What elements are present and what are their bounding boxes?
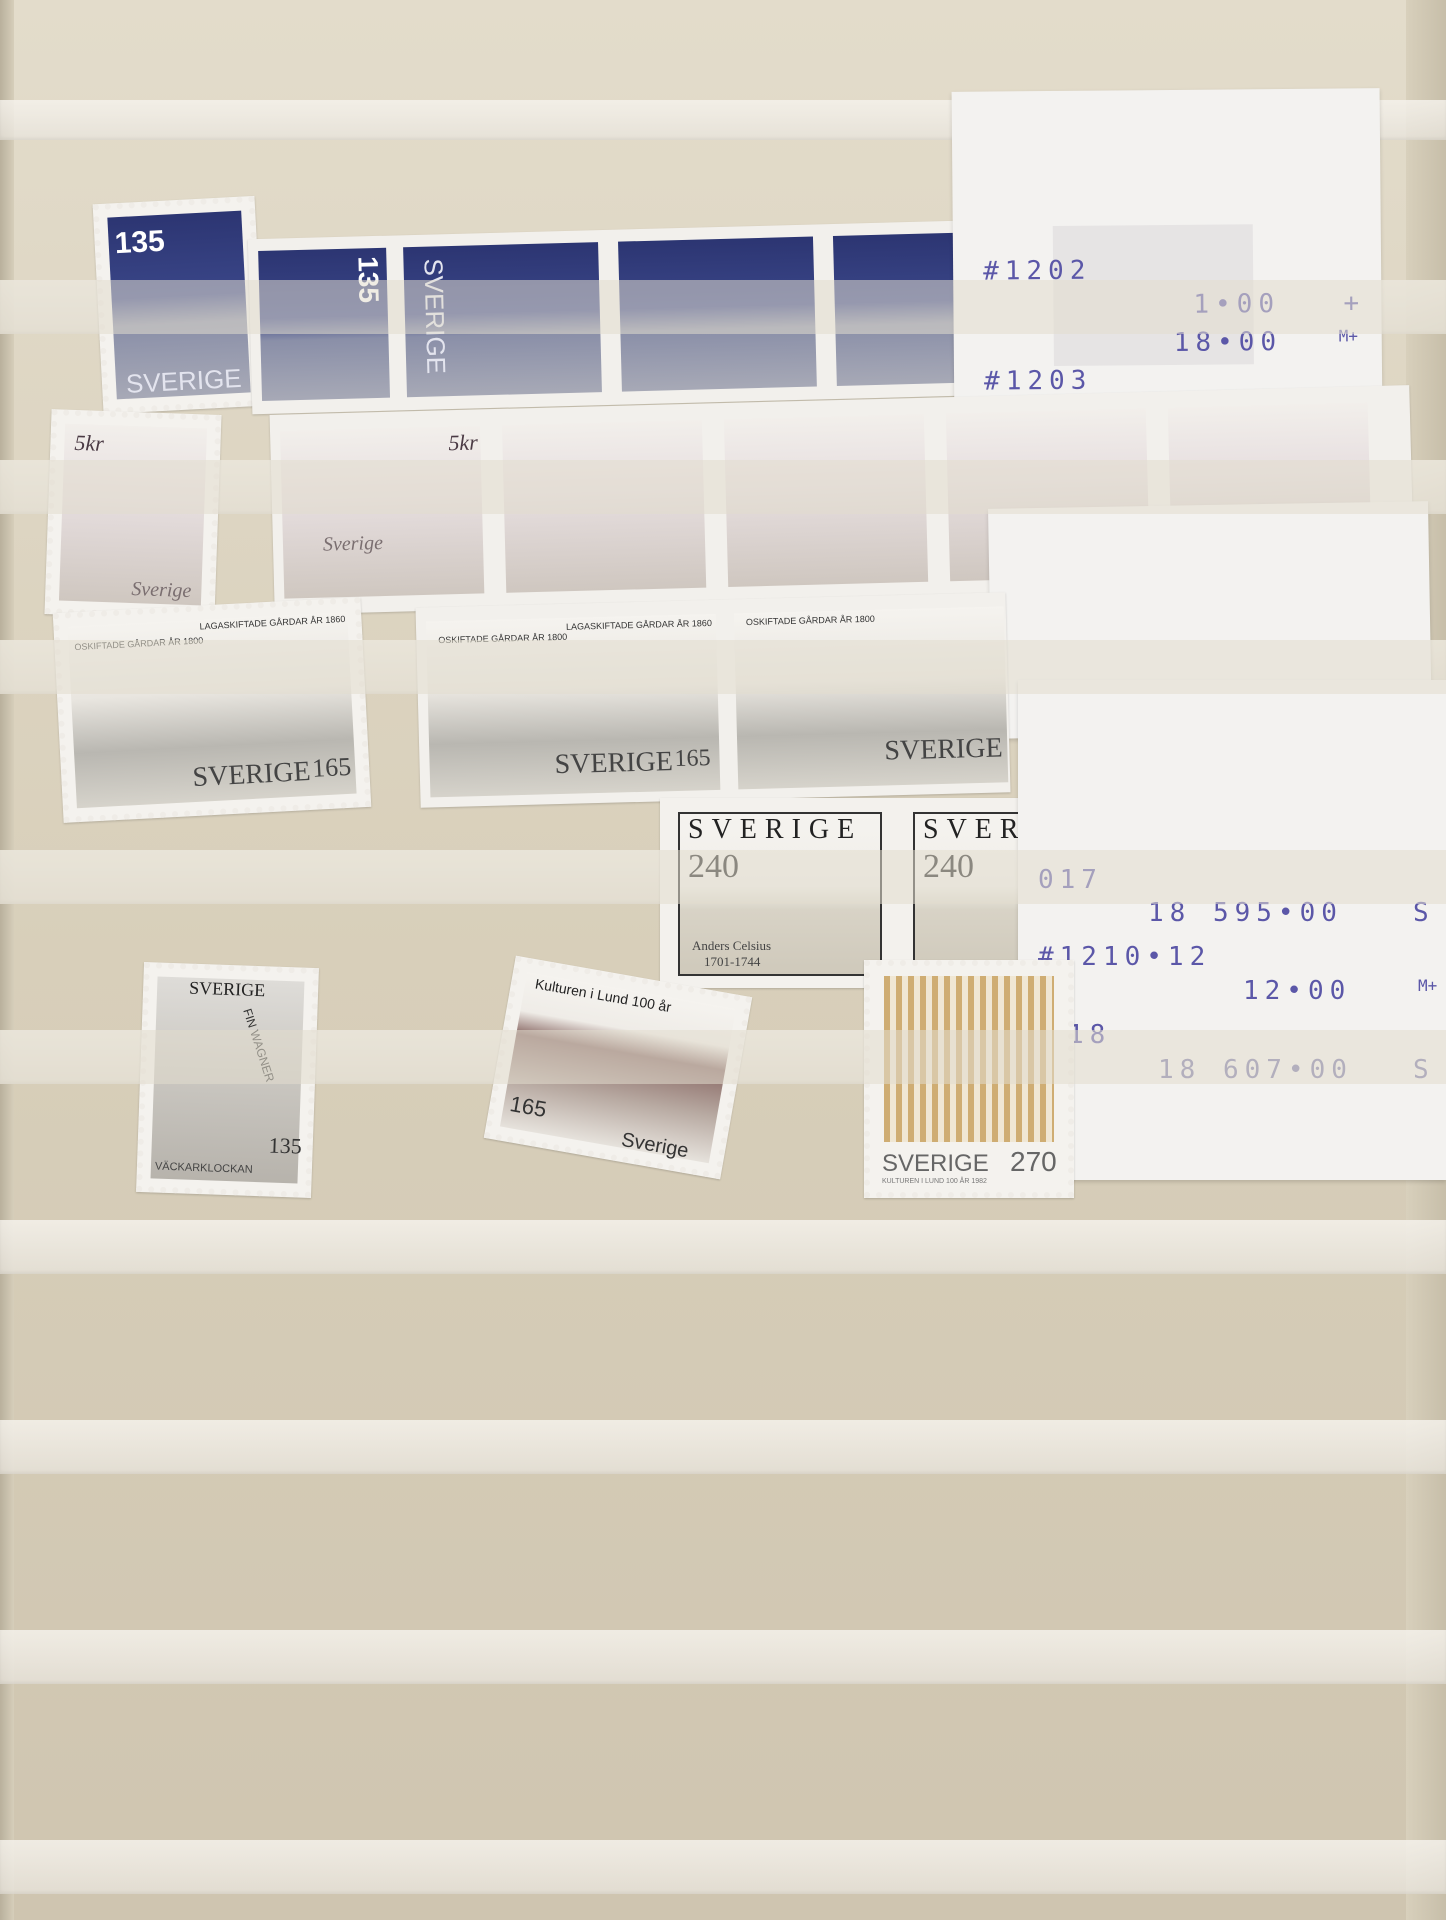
stamp-value: 165	[674, 745, 711, 773]
receipt-line: M+	[1418, 976, 1437, 995]
receipt-tape-1: #1202 1•00 + 18•00 M+ #1203	[952, 88, 1383, 422]
stamp-country: SVERIGE	[884, 732, 1003, 767]
stamp-caption: 1701-1744	[704, 954, 760, 970]
strip-country: Sverige	[323, 532, 384, 557]
stockbook-strip	[0, 1420, 1446, 1474]
stamp-europa-pair: OSKIFTADE GÅRDAR ÅR 1800 LAGASKIFTADE GÅ…	[415, 592, 1010, 807]
album-page: 135 SVERIGE 135 SVERIGE #1202 1•00 + 18•…	[0, 0, 1446, 1920]
stamp-country: SVERIGE	[192, 756, 312, 794]
glassine-overlay	[0, 280, 1446, 334]
stamp-5kr-single: 5kr Sverige	[44, 409, 221, 620]
stamp-country: SVERIGE	[125, 363, 242, 400]
glassine-overlay	[0, 640, 1446, 694]
glassine-overlay	[0, 460, 1446, 514]
stockbook-strip	[0, 1840, 1446, 1894]
stamp-country: SVERIGE	[189, 978, 266, 1002]
receipt-line: #1203	[984, 366, 1093, 397]
stamp-value: 165	[311, 752, 352, 784]
receipt-tape-2: 017 18 595•00 S #1210•12 12•00 M+ 18 18 …	[1018, 680, 1446, 1180]
stockbook-strip	[0, 1220, 1446, 1274]
stamp-value: 270	[1010, 1146, 1057, 1178]
glassine-overlay	[0, 1030, 1446, 1084]
stamp-value: 135	[114, 225, 166, 262]
receipt-line: 12•00	[1243, 976, 1351, 1006]
stamp-country: SVERIGE	[688, 814, 862, 846]
stamp-caption: KULTUREN I LUND 100 ÅR 1982	[882, 1178, 987, 1185]
stamp-caption: Anders Celsius	[692, 938, 771, 954]
stamp-value: 135	[268, 1132, 302, 1159]
stockbook-strip	[0, 1630, 1446, 1684]
stamp-country: SVERIGE	[882, 1150, 989, 1178]
stamp-value: 5kr	[74, 430, 104, 457]
strip-value: 5kr	[448, 430, 478, 457]
stamp-country: SVERIGE	[554, 746, 673, 781]
stamp-europa-single: OSKIFTADE GÅRDAR ÅR 1800 LAGASKIFTADE GÅ…	[53, 597, 372, 823]
stamp-country: Sverige	[131, 578, 192, 603]
glassine-overlay	[0, 850, 1446, 904]
